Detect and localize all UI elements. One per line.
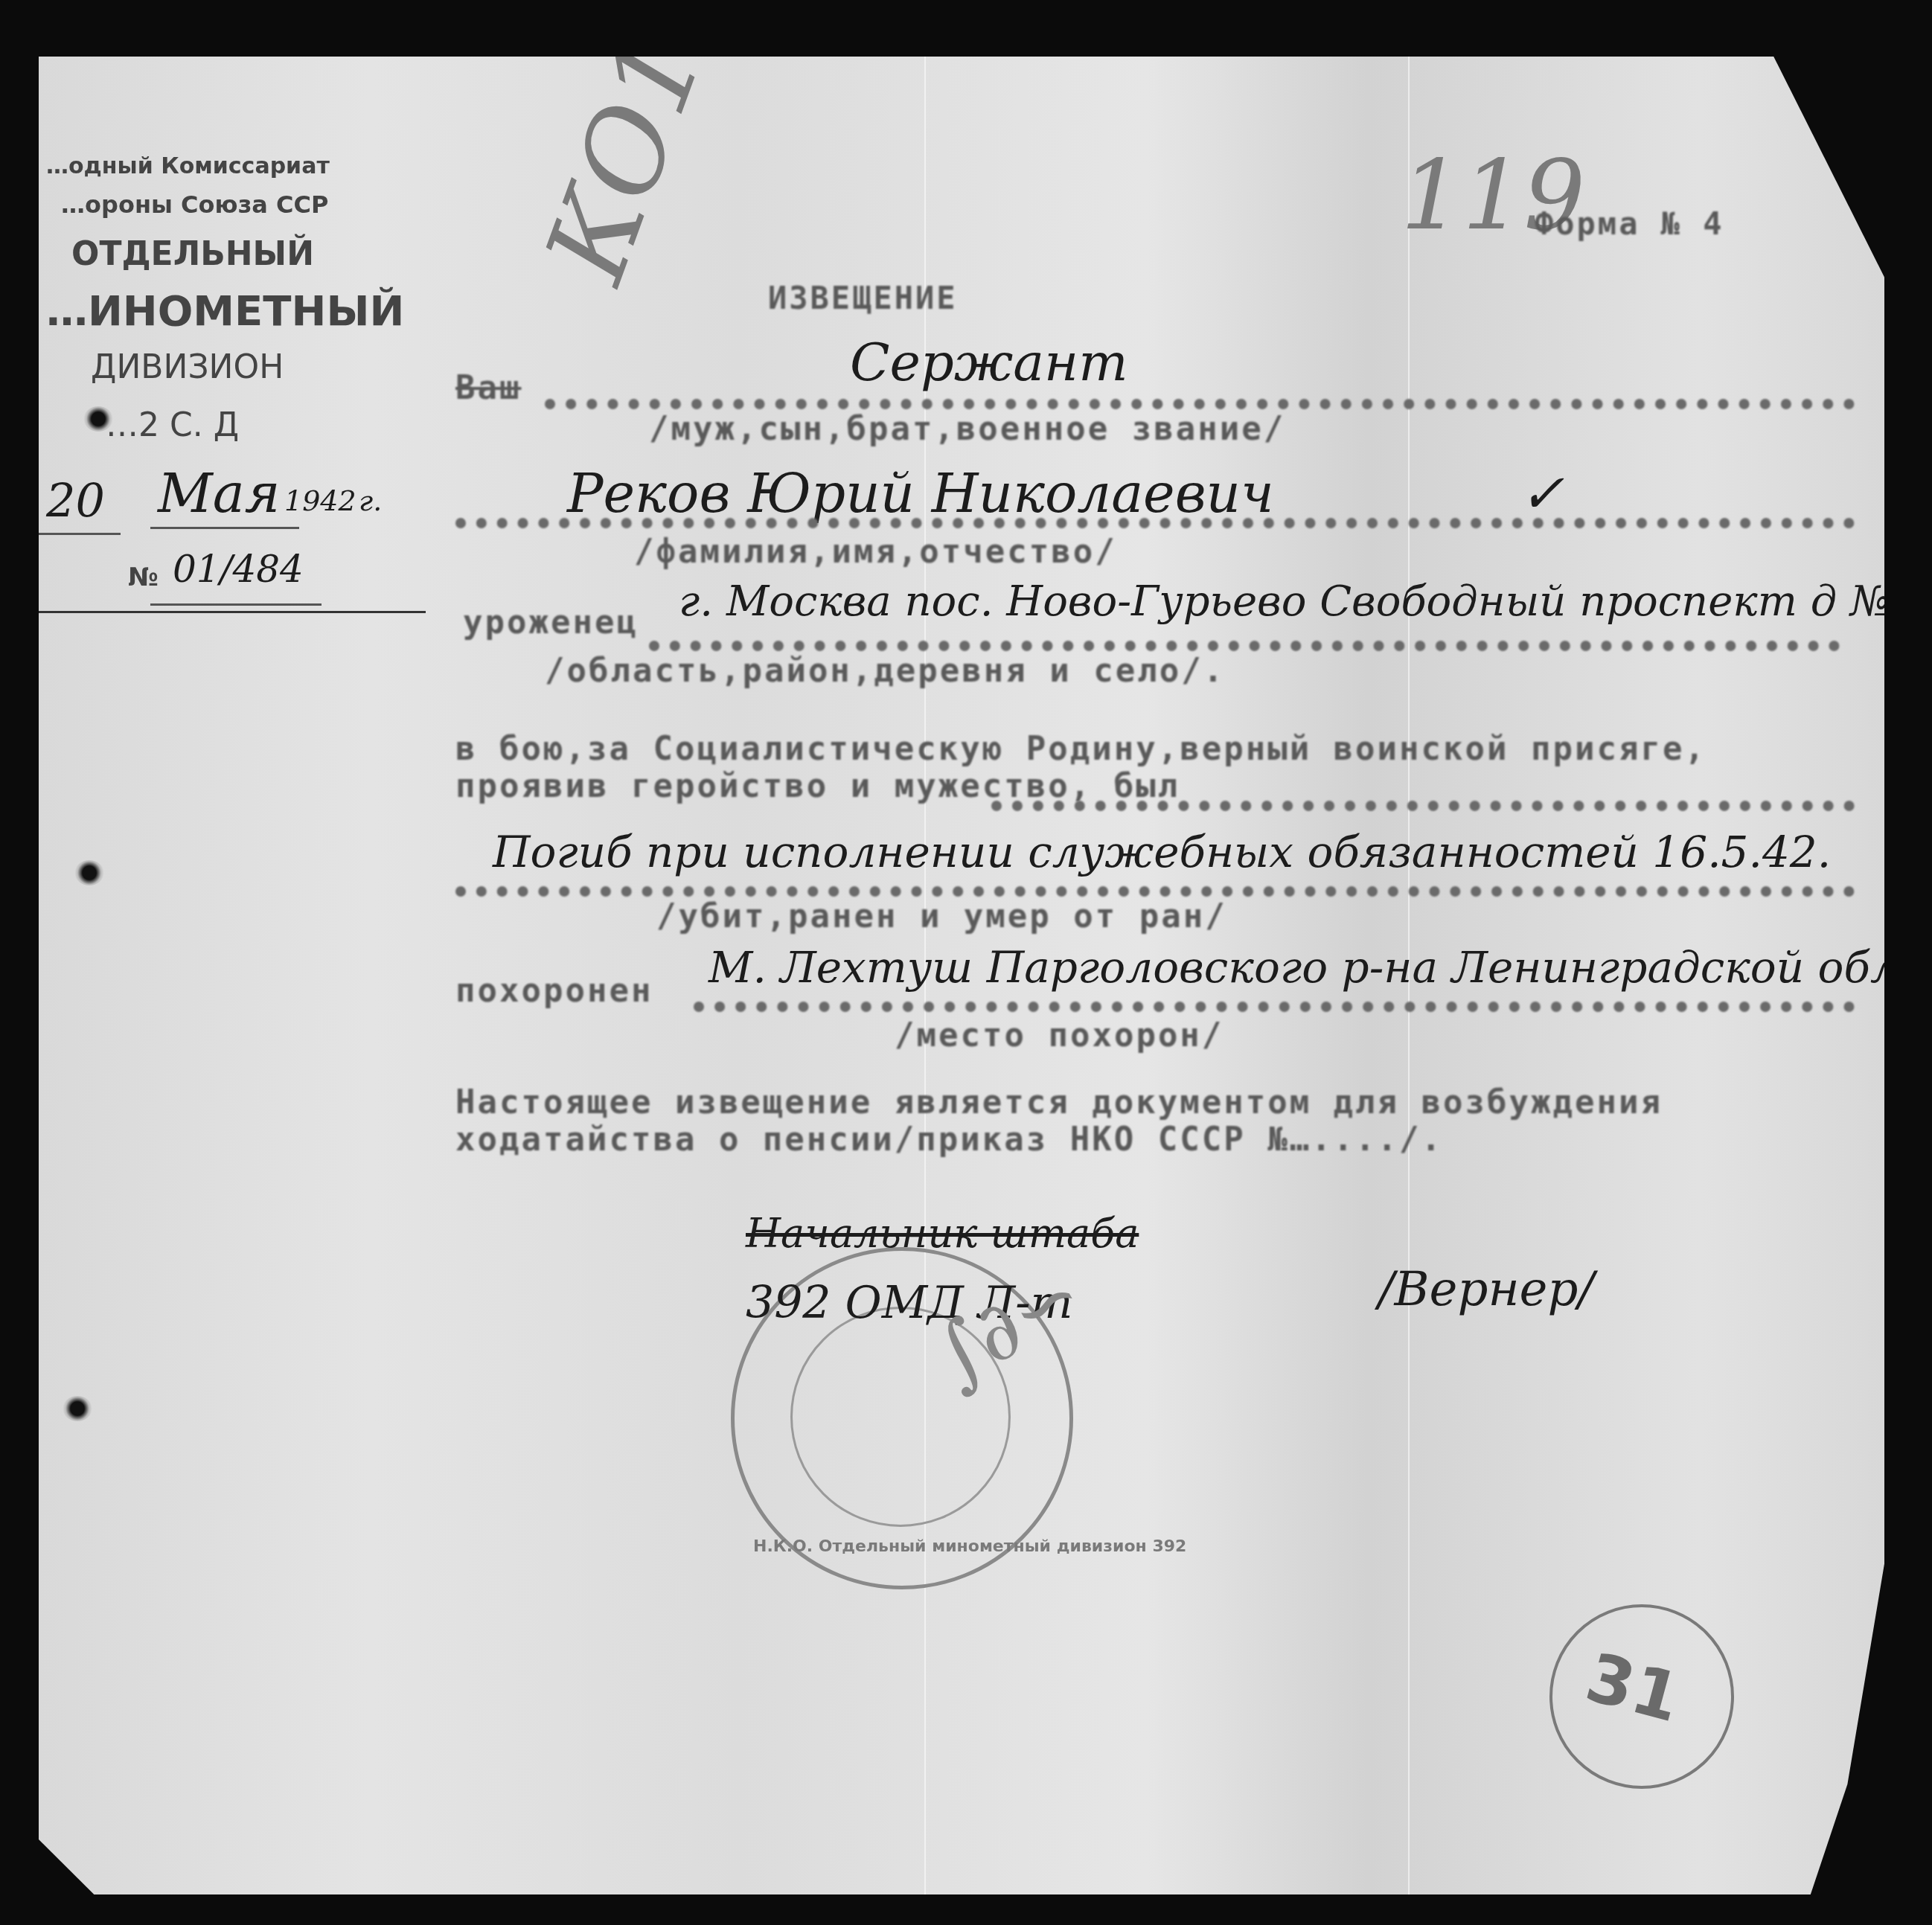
pencil-mark: КО1 xyxy=(521,19,728,298)
field-caption: /убит,ранен и умер от ран/ xyxy=(656,897,1227,935)
closing-text: ходатайства о пенсии/приказ НКО СССР №….… xyxy=(455,1121,1443,1159)
field-prefix: похоронен xyxy=(455,972,653,1010)
stamp-line: …ИНОМЕТНЫЙ xyxy=(46,287,404,336)
field-prefix: уроженец xyxy=(463,603,639,641)
divider xyxy=(39,533,121,535)
document-title: ИЗВЕЩЕНИЕ xyxy=(768,280,958,316)
death-circumstance-value: Погиб при исполнении служебных обязаннос… xyxy=(493,827,1831,877)
stamp-line: …2 С. Д xyxy=(106,406,239,444)
stamp-number-prefix: № xyxy=(128,563,159,592)
punch-hole xyxy=(63,1396,92,1421)
body-text: в бою,за Социалистическую Родину,верный … xyxy=(455,730,1707,768)
burial-place-value: М. Лехтуш Парголовского р-на Ленинградск… xyxy=(708,942,1932,993)
body-text: проявив геройство и мужество, был xyxy=(455,767,1180,805)
field-caption: /место похорон/ xyxy=(895,1016,1224,1054)
rank-value: Сержант xyxy=(850,332,1128,393)
punch-hole xyxy=(74,860,104,885)
signatory-name: /Вернер/ xyxy=(1378,1262,1594,1317)
stamp-date-day: 20 xyxy=(46,473,105,528)
fill-line xyxy=(455,886,1855,897)
divider xyxy=(150,527,299,529)
closing-text: Настоящее извещение является документом … xyxy=(455,1083,1663,1121)
field-caption: /область,район,деревня и село/. xyxy=(545,652,1225,690)
fill-line xyxy=(649,641,1840,651)
divider xyxy=(150,603,322,606)
stamp-date-month: Мая xyxy=(158,462,280,525)
signatory-title: Начальник штаба xyxy=(746,1210,1139,1257)
stamp-line: ДИВИЗИОН xyxy=(91,348,284,386)
stamp-line: ОТДЕЛЬНЫЙ xyxy=(71,235,314,273)
fill-line xyxy=(545,399,1855,409)
stamp-line: …одный Комиссариат xyxy=(46,153,330,179)
stamp-number: 01/484 xyxy=(173,548,304,591)
fill-line xyxy=(455,518,1855,528)
field-caption: /фамилия,имя,отчество/ xyxy=(634,533,1117,571)
field-prefix: Ваш xyxy=(455,369,521,407)
check-mark: ✓ xyxy=(1520,462,1564,525)
divider xyxy=(39,611,426,613)
seal-text: Н.К.О. Отдельный минометный дивизион 392 xyxy=(753,1537,1186,1556)
fill-line xyxy=(694,1002,1855,1012)
field-caption: /муж,сын,брат,военное звание/ xyxy=(649,410,1285,448)
birthplace-value: г. Москва пос. Ново-Гурьево Свободный пр… xyxy=(679,577,1932,626)
stamp-line: …ороны Союза ССР xyxy=(61,190,328,219)
stamp-date-suffix: г. xyxy=(359,484,382,517)
full-name-value: Реков Юрий Николаевич xyxy=(567,462,1274,525)
document-sheet: …одный Комиссариат …ороны Союза ССР ОТДЕ… xyxy=(39,57,1884,1894)
stamp-date-year: 1942 xyxy=(284,484,356,517)
form-number: Форма № 4 xyxy=(1535,205,1724,242)
fill-line xyxy=(991,801,1855,811)
